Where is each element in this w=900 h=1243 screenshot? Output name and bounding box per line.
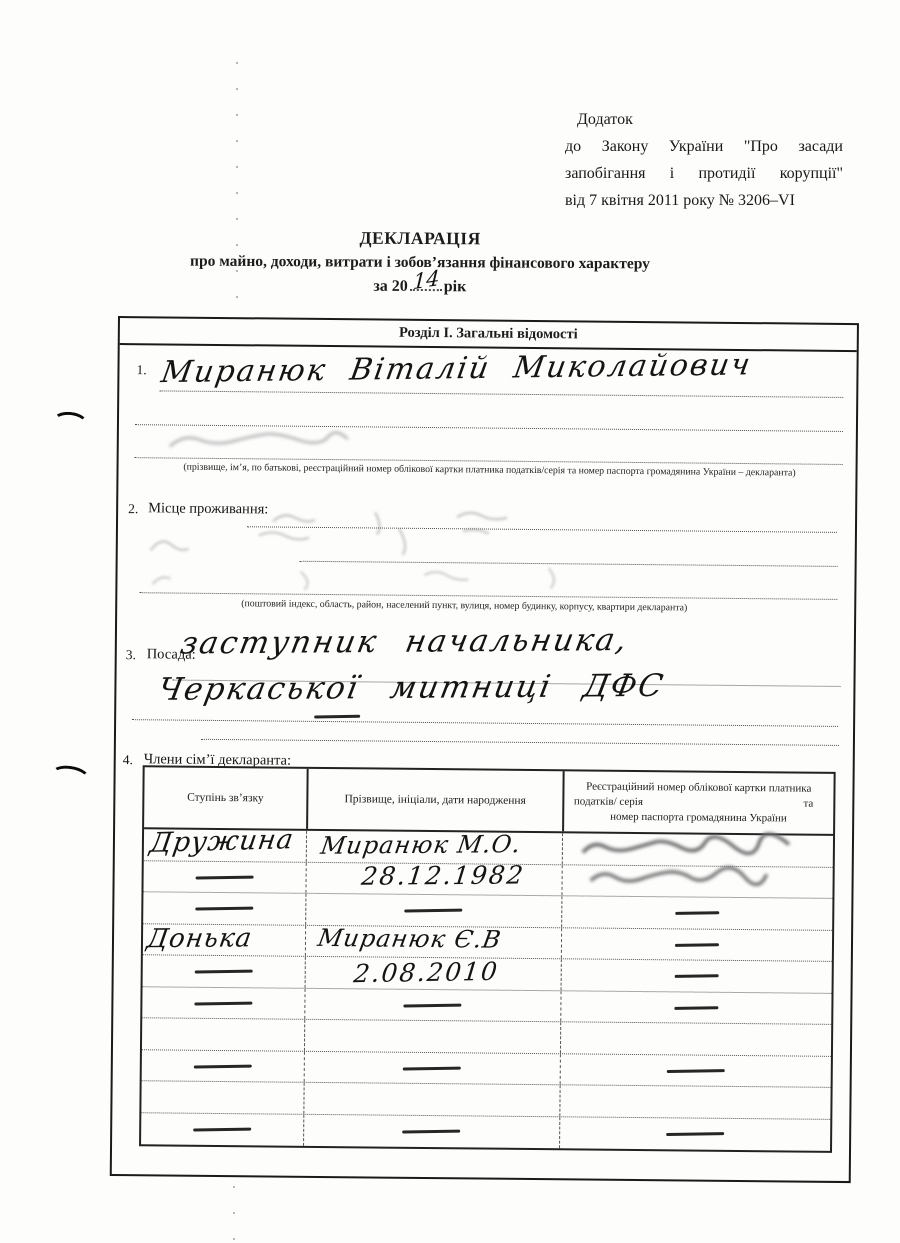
year-handwritten: 14	[412, 266, 440, 295]
header-name: Прізвище, ініціали, дати народження	[306, 769, 562, 831]
dash-mark	[405, 909, 463, 913]
member-relation-handwritten: Дружина	[148, 824, 296, 859]
annex-note-line-4: від 7 квітня 2011 року № 3206–VI	[565, 187, 843, 214]
dash-mark	[674, 974, 718, 978]
dash-mark	[194, 1064, 252, 1068]
member-birthdate-handwritten: 2.08.2010	[352, 957, 500, 988]
table-row	[141, 1113, 830, 1151]
header-reg-line-3: номер паспорта громадянина України	[568, 809, 830, 827]
dash-mark	[195, 907, 253, 911]
dash-mark	[403, 1066, 461, 1070]
dotted-line	[132, 719, 838, 727]
scan-speckle-column	[233, 1186, 235, 1240]
annex-note-line-2: до Закону України "Про засади	[565, 133, 843, 160]
dotted-line	[201, 739, 839, 746]
year-suffix: рік	[444, 278, 467, 295]
declaration-form: Розділ I. Загальні відомості 1. Миранюк …	[110, 316, 859, 1183]
dash-mark	[314, 715, 360, 719]
item-3-number: 3.	[126, 647, 136, 663]
dotted-line	[159, 390, 843, 398]
dash-mark	[404, 1003, 462, 1007]
annex-note-line-1: Додаток	[565, 106, 843, 133]
item-1-number: 1.	[136, 362, 146, 378]
dash-mark	[666, 1132, 724, 1136]
scan-speckle-column	[236, 62, 238, 310]
annex-note: Додаток до Закону України "Про засади за…	[565, 106, 843, 214]
year-prefix: за 20	[373, 278, 408, 295]
dash-mark	[195, 970, 253, 974]
dash-mark	[194, 1001, 252, 1005]
document-title: ДЕКЛАРАЦІЯ про майно, доходи, витрати і …	[40, 226, 800, 299]
year-blank: 14	[410, 276, 442, 291]
dash-mark	[675, 911, 719, 915]
scanned-declaration-page: Додаток до Закону України "Про засади за…	[0, 0, 900, 1243]
header-relation: Ступінь зв’язку	[144, 767, 307, 829]
redacted-number-smudge	[164, 426, 354, 456]
annex-note-line-3: запобігання і протидії корупції"	[565, 160, 843, 187]
item-2-caption: (поштовий індекс, область, район, населе…	[204, 598, 724, 614]
margin-arc-mark	[51, 410, 89, 436]
header-reg-number: Реєстраційний номер облікової картки пла…	[562, 771, 834, 834]
position-handwritten-line-1: заступник начальника,	[178, 622, 632, 662]
margin-arc-mark	[49, 763, 92, 791]
member-name-handwritten: Миранюк М.О.	[319, 830, 523, 860]
declaration-heading: ДЕКЛАРАЦІЯ	[40, 226, 800, 252]
item-4-number: 4.	[123, 752, 133, 768]
position-handwritten-line-2: Черкаської митниці ДФС	[155, 668, 668, 708]
declaration-year-line: за 2014рік	[40, 274, 800, 299]
dash-mark	[674, 1006, 718, 1010]
dash-mark	[196, 875, 254, 879]
member-birthdate-handwritten: 28.12.1982	[360, 860, 526, 890]
member-name-handwritten: Миранюк Є.В	[316, 923, 504, 953]
dash-mark	[402, 1130, 460, 1134]
dash-mark	[193, 1128, 251, 1132]
item-1-caption: (прізвище, ім’я, по батькові, реєстрацій…	[143, 461, 835, 479]
declarant-name-handwritten: Миранюк Віталій Миколайович	[159, 347, 755, 390]
family-table: Ступінь зв’язку Прізвище, ініціали, дати…	[139, 765, 836, 1153]
faint-handwriting-smudge	[142, 502, 763, 600]
item-2-number: 2.	[128, 501, 138, 517]
dash-mark	[667, 1069, 725, 1073]
dash-mark	[675, 943, 719, 947]
member-relation-handwritten: Донька	[145, 923, 255, 954]
